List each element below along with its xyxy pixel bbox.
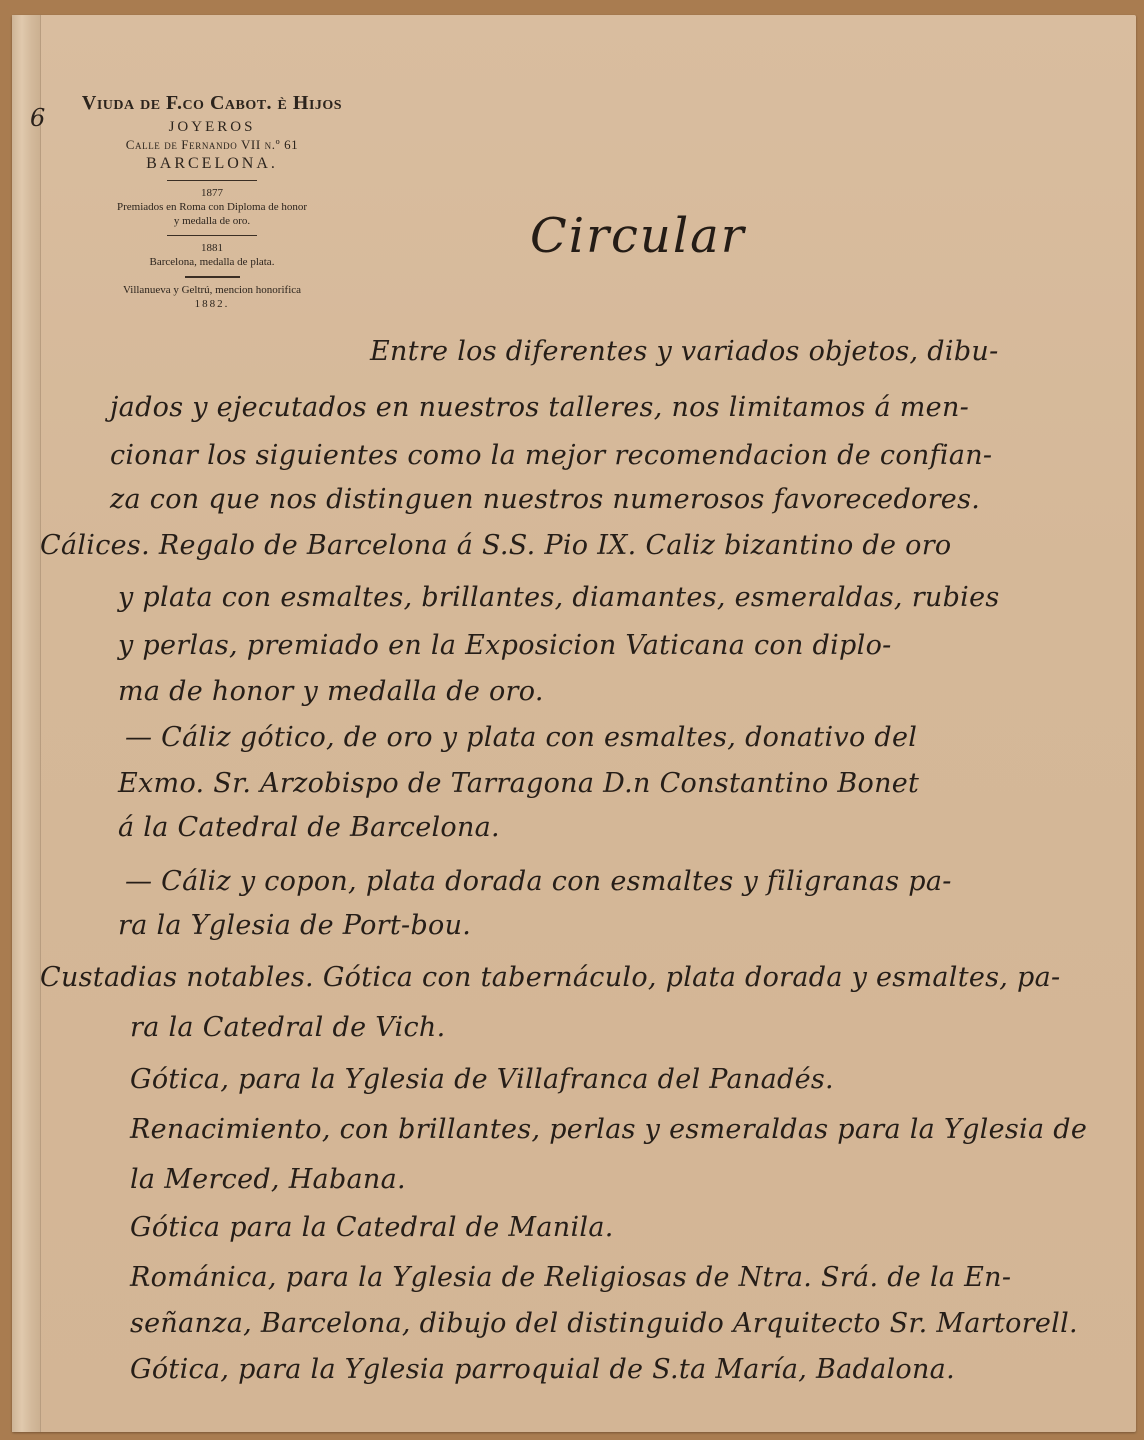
text-line: ra la Catedral de Vich. <box>130 1012 446 1043</box>
text-line: señanza, Barcelona, dibujo del distingui… <box>130 1308 1078 1339</box>
text-line: á la Catedral de Barcelona. <box>118 812 500 843</box>
divider <box>185 276 240 278</box>
text-line: jados y ejecutados en nuestros talleres,… <box>110 392 969 423</box>
text-line: Románica, para la Yglesia de Religiosas … <box>130 1262 1011 1293</box>
award-year: 1877 <box>62 186 362 200</box>
firm-trade: JOYEROS <box>62 119 362 136</box>
text-line: cionar los siguientes como la mejor reco… <box>110 440 992 471</box>
document-title: Circular <box>530 208 746 264</box>
letterhead: Viuda de F.co Cabot. è Hijos JOYEROS Cal… <box>62 92 362 311</box>
text-line: ra la Yglesia de Port-bou. <box>118 910 471 941</box>
text-line: Entre los diferentes y variados objetos,… <box>370 336 999 367</box>
margin-mark: 6 <box>30 104 45 132</box>
text-line: Gótica, para la Yglesia de Villafranca d… <box>130 1064 834 1095</box>
text-line: Renacimiento, con brillantes, perlas y e… <box>130 1114 1087 1145</box>
text-line: — Cáliz y copon, plata dorada con esmalt… <box>125 866 952 897</box>
text-line: za con que nos distinguen nuestros numer… <box>110 484 980 515</box>
award-text: y medalla de oro. <box>62 214 362 228</box>
text-line: ma de honor y medalla de oro. <box>118 676 544 707</box>
firm-address: Calle de Fernando VII n.º 61 <box>62 137 362 153</box>
paper-folded-edge <box>12 15 41 1432</box>
award-year: 1882. <box>62 297 362 311</box>
text-line: Gótica para la Catedral de Manila. <box>130 1212 614 1243</box>
text-line: Gótica, para la Yglesia parroquial de S.… <box>130 1354 955 1385</box>
text-line: y perlas, premiado en la Exposicion Vati… <box>118 630 892 661</box>
award-text: Barcelona, medalla de plata. <box>62 255 362 269</box>
firm-name: Viuda de F.co Cabot. è Hijos <box>62 92 362 115</box>
text-line: la Merced, Habana. <box>130 1164 406 1195</box>
text-line: Cálices. Regalo de Barcelona á S.S. Pio … <box>40 530 952 561</box>
award-text: Premiados en Roma con Diploma de honor <box>62 200 362 214</box>
text-line: Custadias notables. Gótica con tabernácu… <box>40 962 1060 993</box>
divider <box>167 235 257 236</box>
text-line: Exmo. Sr. Arzobispo de Tarragona D.n Con… <box>118 768 919 799</box>
firm-city: BARCELONA. <box>62 155 362 173</box>
text-line: — Cáliz gótico, de oro y plata con esmal… <box>125 722 917 753</box>
text-line: y plata con esmaltes, brillantes, diaman… <box>118 582 1000 613</box>
divider <box>167 180 257 181</box>
award-text: Villanueva y Geltrú, mencion honorifica <box>62 283 362 297</box>
award-year: 1881 <box>62 241 362 255</box>
